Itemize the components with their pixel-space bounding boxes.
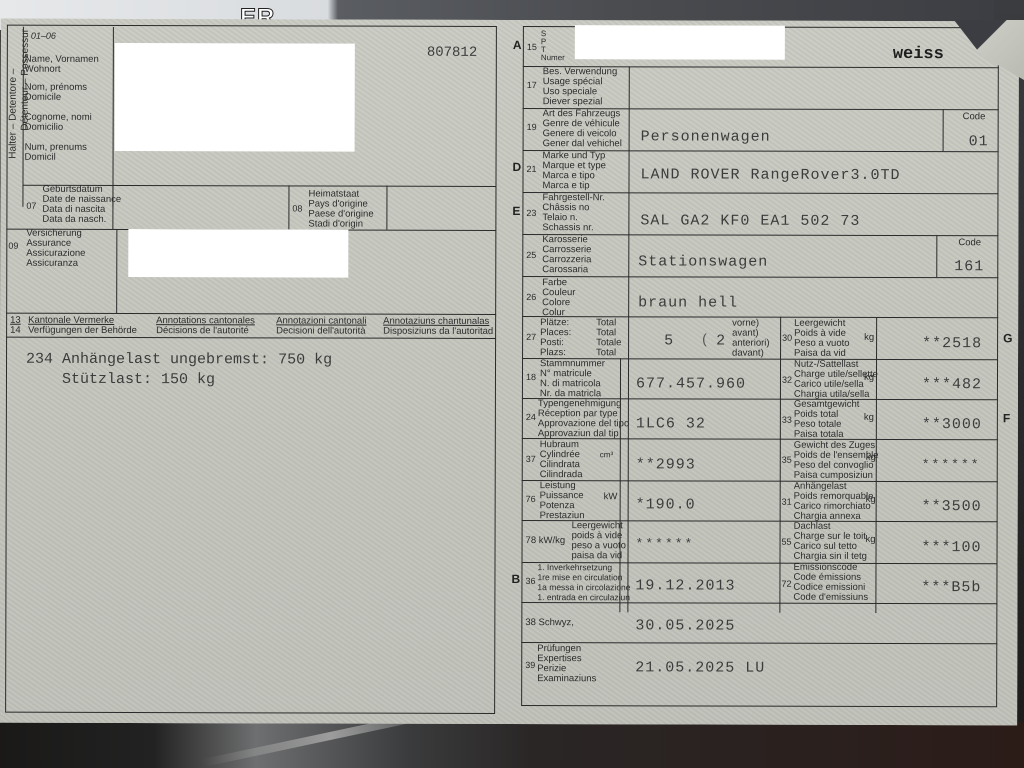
roof-load-value: ***100 xyxy=(922,539,982,556)
place-label: 38 Schwyz, xyxy=(525,618,574,628)
field-number: 25 xyxy=(526,250,536,260)
field-number: 23 xyxy=(526,208,536,218)
form-code: 01–06 xyxy=(31,31,56,41)
field-number: 33 xyxy=(782,415,792,425)
unit-label: kg xyxy=(866,535,876,545)
field-number: 35 xyxy=(782,455,792,465)
roof-load-label: DachlastCharge sur le toitCarico sul tet… xyxy=(794,522,868,562)
place-date-value: 30.05.2025 xyxy=(635,617,735,634)
holder-field-label: Nom, prénomsDomicile xyxy=(25,83,87,103)
displacement-label: HubraumCylindréeCilindrataCilindrada xyxy=(540,440,583,480)
redacted-holder-name xyxy=(115,43,355,152)
birth-date-label: GeburtsdatumDate de naissanceData di nas… xyxy=(42,185,121,225)
holder-field-label: Cognome, nomiDomicilio xyxy=(25,113,92,133)
section-letter-f: F xyxy=(1003,411,1010,425)
field-number: 31 xyxy=(782,497,792,507)
seats-label: Plätze:Places:Posti:Plazs: xyxy=(540,318,571,358)
power-weight-value: ****** xyxy=(636,536,695,551)
document-number: 807812 xyxy=(427,45,477,61)
background-surface-bottom xyxy=(0,722,1024,768)
power-weight-label: Leergewichtpoids à videpeso a vuotopaisa… xyxy=(572,521,627,561)
total-weight-value: **3000 xyxy=(922,416,982,433)
reg-number-value: 677.457.960 xyxy=(636,375,746,392)
color-value: braun hell xyxy=(638,294,738,311)
unit-label: kg xyxy=(866,495,876,505)
code-label: Code xyxy=(963,112,986,122)
decisions-header-de: Verfügungen der Behörde xyxy=(28,326,137,336)
unit-label: kg xyxy=(864,373,874,383)
field-number: 17 xyxy=(527,80,537,90)
unit-label: kg xyxy=(864,333,874,343)
plate-color: weiss xyxy=(893,45,944,64)
seats-front-value: 2 xyxy=(716,333,726,350)
field-number: 21 xyxy=(527,164,537,174)
emission-code-label: EmissionscodeCode émissionsCodice emissi… xyxy=(793,563,868,603)
unit-label: cm³ xyxy=(600,450,613,460)
special-use-label: Bes. VerwendungUsage spécialUso speciale… xyxy=(543,67,618,107)
field-number: 08 xyxy=(292,203,302,213)
unit-label: kW xyxy=(604,492,618,502)
section-letter-e: E xyxy=(512,204,520,218)
inspections-label: PrüfungenExpertisesPerizieExaminaziuns xyxy=(537,644,596,684)
first-registration-value: 19.12.2013 xyxy=(635,577,735,594)
emission-code-value: ***B5b xyxy=(921,579,981,596)
holder-field-label: Name, VornamenWohnort xyxy=(25,55,99,75)
field-number: 37 xyxy=(526,454,536,464)
seats-front-label: vorne)avant)anteriori)davant) xyxy=(732,319,770,359)
seats-total-label: TotalTotalTotaleTotal xyxy=(596,318,621,358)
field-number: 26 xyxy=(526,292,536,302)
section-letter-g: G xyxy=(1003,331,1012,345)
inspections-value: 21.05.2025 LU xyxy=(635,659,765,676)
field-number: 55 xyxy=(782,537,792,547)
empty-weight-value: **2518 xyxy=(922,335,982,352)
field-number: 36 xyxy=(525,576,535,586)
annotation-line: Stützlast: 150 kg xyxy=(26,371,215,388)
total-weight-label: GesamtgewichtPoids totalPeso totalePaisa… xyxy=(794,400,860,440)
field-number: 32 xyxy=(782,375,792,385)
field-number: 76 xyxy=(526,494,536,504)
make-model-label: Marke und TypMarque et typeMarca e tipoM… xyxy=(542,151,605,191)
chassis-label: Fahrgestell-Nr.Châssis noTelaio n.Schass… xyxy=(542,193,604,233)
displacement-value: **2993 xyxy=(636,456,696,473)
type-approval-label: TypengenehmigungRéception par typeApprov… xyxy=(538,399,629,439)
field-number: 09 xyxy=(8,241,18,251)
payload-value: ***482 xyxy=(922,376,982,393)
decisions-header-fr: Décisions de l'autorité xyxy=(156,326,249,336)
seats-total-value: 5 xyxy=(664,332,674,349)
unit-label: kg xyxy=(864,413,874,423)
section-letter-b: B xyxy=(511,572,520,586)
holder-field-label: Num, prenumsDomicil xyxy=(25,143,87,163)
chassis-value: SAL GA2 KF0 EA1 502 73 xyxy=(640,212,860,230)
empty-weight-label: LeergewichtPoids à videPeso a vuotoPaisa… xyxy=(794,319,850,359)
unit-label: kg xyxy=(866,453,876,463)
field-number: 14 xyxy=(10,326,21,336)
vehicle-type-label: Art des FahrzeugsGenre de véhiculeGenere… xyxy=(543,109,622,149)
power-value: *190.0 xyxy=(636,496,696,513)
field-number: 27 xyxy=(526,332,536,342)
redacted-plate-number xyxy=(575,25,785,60)
decisions-header-rm: Disposiziuns da l'autoritad xyxy=(383,327,493,337)
field-number: 72 xyxy=(781,579,791,589)
type-approval-value: 1LC6 32 xyxy=(636,415,706,432)
vehicle-registration-document: Halter – Detentore – Détenteur – Possess… xyxy=(0,19,1019,726)
divider xyxy=(288,185,289,229)
section-letter-a: A xyxy=(513,38,522,52)
field-number: 18 xyxy=(526,372,536,382)
body-value: Stationswagen xyxy=(638,253,768,270)
first-registration-label: 1. Inverkehrsetzung1re mise en circulati… xyxy=(537,562,630,602)
field-number: 24 xyxy=(526,412,536,422)
power-weight-number: 78 kW/kg xyxy=(526,536,566,546)
plate-label: SPTNumer xyxy=(541,30,565,62)
color-label: FarbeCouleurColoreColur xyxy=(542,278,575,318)
body-label: KarosserieCarrosserieCarrozzeriaCarossar… xyxy=(542,235,591,275)
divider xyxy=(112,185,113,229)
reg-number-label: StammnummerN° matriculeN. di matricolaNr… xyxy=(540,359,605,399)
home-state-label: HeimatstaatPays d'originePaese d'origine… xyxy=(308,189,373,229)
redacted-insurance xyxy=(128,229,348,278)
trailer-load-value: **3500 xyxy=(922,498,982,515)
field-number: 07 xyxy=(26,201,36,211)
trailer-load-label: AnhängelastPoids remorquableCarico rimor… xyxy=(794,482,874,522)
field-number: 39 xyxy=(525,660,535,670)
section-letter-d: D xyxy=(513,160,522,174)
insurance-label: VersicherungAssuranceAssicurazioneAssicu… xyxy=(26,229,85,269)
brace: ( xyxy=(702,319,707,359)
field-number: 30 xyxy=(782,333,792,343)
vehicle-type-code: 01 xyxy=(969,133,989,150)
vehicle-type-value: Personenwagen xyxy=(641,128,771,145)
field-number: 15 xyxy=(527,42,537,52)
divider xyxy=(936,235,937,277)
body-code: 161 xyxy=(954,258,984,275)
divider xyxy=(386,186,387,230)
annotation-line: 234 Anhängelast ungebremst: 750 kg xyxy=(26,351,332,369)
power-label: LeistungPuissancePotenzaPrestaziun xyxy=(540,481,585,521)
decisions-header-it: Decisioni dell'autorità xyxy=(276,326,366,336)
field-number: 19 xyxy=(527,122,537,132)
code-label: Code xyxy=(958,238,981,248)
train-weight-value: ****** xyxy=(922,457,981,472)
make-model-value: LAND ROVER RangeRover3.0TD xyxy=(640,166,900,184)
divider xyxy=(943,109,944,151)
holder-vertical-label-1: Halter – Detentore – xyxy=(9,69,19,159)
